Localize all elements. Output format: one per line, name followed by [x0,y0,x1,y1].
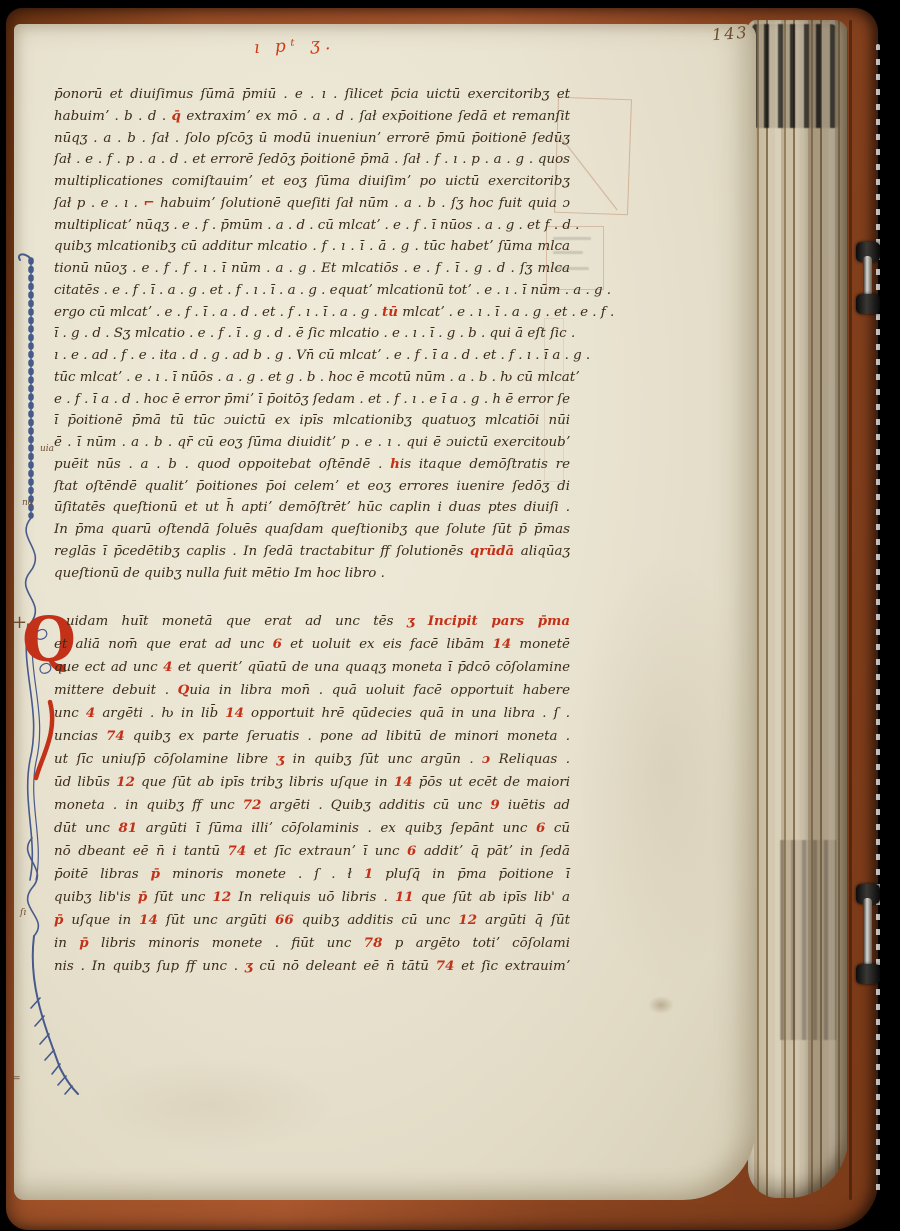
clasp-cap-icon [856,294,880,314]
manuscript-line: habuimʼ . b . d . q̄ extraximʼ ex mō . a… [54,106,570,128]
manuscript-line: p̄onorū et diuiſimus ſūmā p̄miū . e . ı … [54,84,570,106]
margin-cross: + [12,612,27,633]
manuscript-line: nō dbeant eē n̄ i tantū 74 et ſīc extrau… [54,840,570,863]
manuscript-line: queſtionū de quibʒ nulla fuit mētio Im h… [54,563,570,585]
clasp-pin-icon [863,898,872,970]
manuscript-line: ſał . e . f . p . a . d . et errorē ſedō… [54,149,570,171]
cover-seam [849,20,852,1200]
manuscript-line: In p̄ma quarū oſtendā ſoluēs quaſdam que… [54,519,570,541]
manuscript-line: in p̄ libris minoris monete . fiūt unc 7… [54,932,570,955]
manuscript-line: uncias 74 quibʒ ex parte ſeruatis . pone… [54,725,570,748]
margin-note: uia [40,444,54,454]
clasp-bottom [851,884,885,984]
manuscript-line: e . f . ī a . d . hoc ē error p̄miʼ ī p̄… [54,389,570,411]
manuscript-line: quibʒ lib'is p̄ ſūt unc 12 In reliquis u… [54,886,570,909]
manuscript-line: multiplicationes comiſtauimʼ et eoʒ ſūma… [54,171,570,193]
manuscript-line: mittere debuit . Quia in libra mon̄ . qu… [54,679,570,702]
page-stack-smudge-low [780,840,836,1040]
manuscript-line: ūſitatēs queſtionū et ut h̄ aptiʼ demōſt… [54,497,570,519]
manuscript-line: moneta . in quibʒ ff unc 72 argēti . Qui… [54,794,570,817]
manuscript-line: unc 4 argēti . ƕ in lib̄ 14 opportuit hr… [54,702,570,725]
manuscript-line: ergo cū mlcatʼ . e . f . ī . a . d . et … [54,302,570,324]
manuscript-line: p̄ uſque in 14 ſūt unc argūti 66 quibʒ a… [54,909,570,932]
cover-edge-highlight [876,44,880,1194]
manuscript-line: citatēs . e . f . ī . a . g . et . f . ı… [54,280,570,302]
clasp-top [851,242,885,314]
manuscript-line: ut ſīc uniuſp̄ cōſolamine libre ʒ in qui… [54,748,570,771]
margin-note: ſı [20,908,26,918]
clasp-cap-icon [856,964,880,984]
page-number: 143 [711,23,749,45]
manuscript-line: puēit nūs . a . b . quod oppoitebat oſtē… [54,454,570,476]
manuscript-line: ī p̄oitionē p̄mā tū tūc ɔuictū ex ipīs m… [54,410,570,432]
manuscript-line: p̄oitē libras p̄ minoris monete . ſ . ł … [54,863,570,886]
margin-note: = [13,1074,21,1084]
manuscript-line: reglās ī p̄cedētibʒ caplis . In ſedā tra… [54,541,570,563]
margin-note: no [22,498,33,508]
manuscript-line: ē . ī nūm . a . b . qr̄ cū eoʒ ſūma diui… [54,432,570,454]
manuscript-line: tūc mlcatʼ . e . ı . ī nūōs . a . g . et… [54,367,570,389]
quire-mark: ı pᵗ ʒ. [254,34,336,58]
manuscript-line: ı . e . ad . f . e . ita . d . g . ad b … [54,345,570,367]
manuscript-line: dūt unc 81 argūti ī ſūma illiʼ cōſolamin… [54,817,570,840]
manuscript-line: multiplicatʼ nūqʒ . e . f . p̄mūm . a . … [54,215,570,237]
manuscript-line: nūqʒ . a . b . ſał . ſolo pſcōʒ ū modū i… [54,128,570,150]
manuscript-line: que ect ad unc 4 et queritʼ qūatū de una… [54,656,570,679]
manuscript-line: et aliā nom̄ que erat ad unc 6 et uoluit… [54,633,570,656]
manuscript-line: ſał p . e . ı . ⌐ habuimʼ ſolutionē queſ… [54,193,570,215]
text-block: p̄onorū et diuiſimus ſūmā p̄miū . e . ı … [54,84,570,978]
page-stack-smudge [752,24,840,128]
manuscript-line: tionū nūoʒ . e . f . f . ı . ī nūm . a .… [54,258,570,280]
manuscript-line: nis . In quibʒ ſup ff unc . ʒ cū nō dele… [54,955,570,978]
manuscript-line: ī . g . d . Sʒ mlcatio . e . f . ī . g .… [54,323,570,345]
manuscript-line: quibʒ mlcationibʒ cū additur mlcatio . f… [54,236,570,258]
manuscript-line: ūd libūs 12 que ſūt ab ipīs tribʒ libris… [54,771,570,794]
manuscript-line: uidam huīt monetā que erat ad unc tēs ʒ … [54,610,570,633]
manuscript-line: ſtat oſtēndē qualitʼ p̄oitiones p̄oi cel… [54,476,570,498]
